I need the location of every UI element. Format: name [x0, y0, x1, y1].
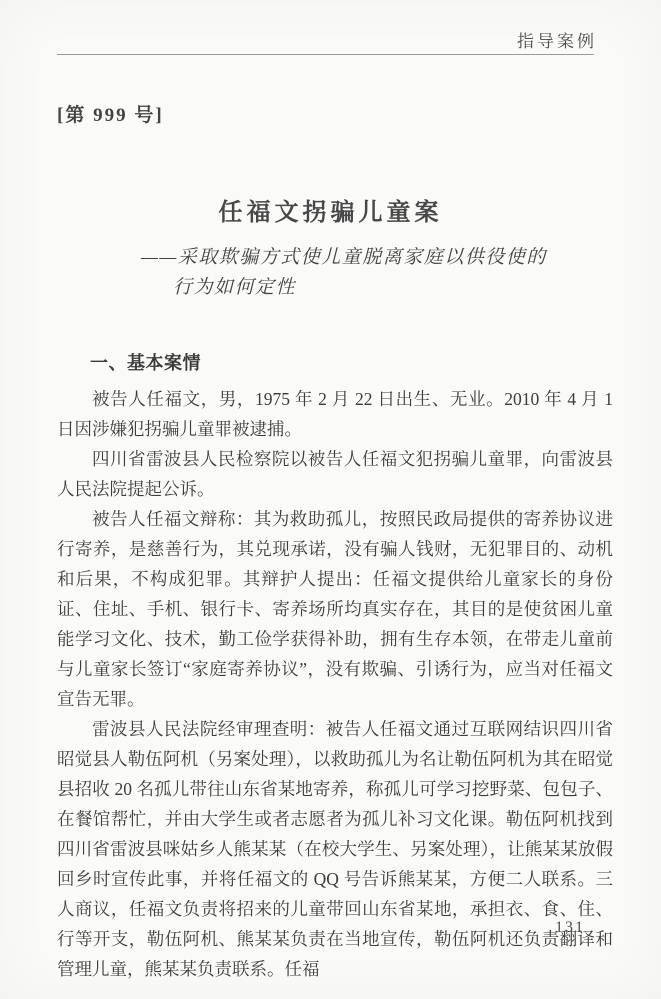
section-heading-basic-facts: 一、基本案情 [90, 349, 201, 375]
body-text: 被告人任福文，男，1975 年 2 月 22 日出生、无业。2010 年 4 月… [57, 384, 613, 984]
case-title: 任福文拐骗儿童案 [0, 192, 661, 227]
case-subtitle-line1: ——采取欺骗方式使儿童脱离家庭以供役使的 [141, 243, 581, 273]
body-paragraph: 被告人任福文，男，1975 年 2 月 22 日出生、无业。2010 年 4 月… [57, 384, 613, 444]
body-paragraph: 被告人任福文辩称：其为救助孤儿，按照民政局提供的寄养协议进行寄养，是慈善行为，其… [57, 504, 613, 714]
case-subtitle-line2: 行为如何定性 [141, 273, 581, 303]
running-header: 指导案例 [517, 27, 597, 52]
case-subtitle: ——采取欺骗方式使儿童脱离家庭以供役使的 行为如何定性 [141, 243, 581, 303]
case-number: [第 999 号] [57, 100, 164, 127]
book-page: 指导案例 [第 999 号] 任福文拐骗儿童案 ——采取欺骗方式使儿童脱离家庭以… [0, 0, 661, 999]
body-paragraph: 四川省雷波县人民检察院以被告人任福文犯拐骗儿童罪，向雷波县人民法院提起公诉。 [57, 444, 613, 504]
body-paragraph: 雷波县人民法院经审理查明：被告人任福文通过互联网结识四川省昭觉县人勒伍阿机（另案… [57, 714, 613, 984]
page-number: 131 [555, 919, 585, 937]
header-rule [57, 54, 594, 55]
